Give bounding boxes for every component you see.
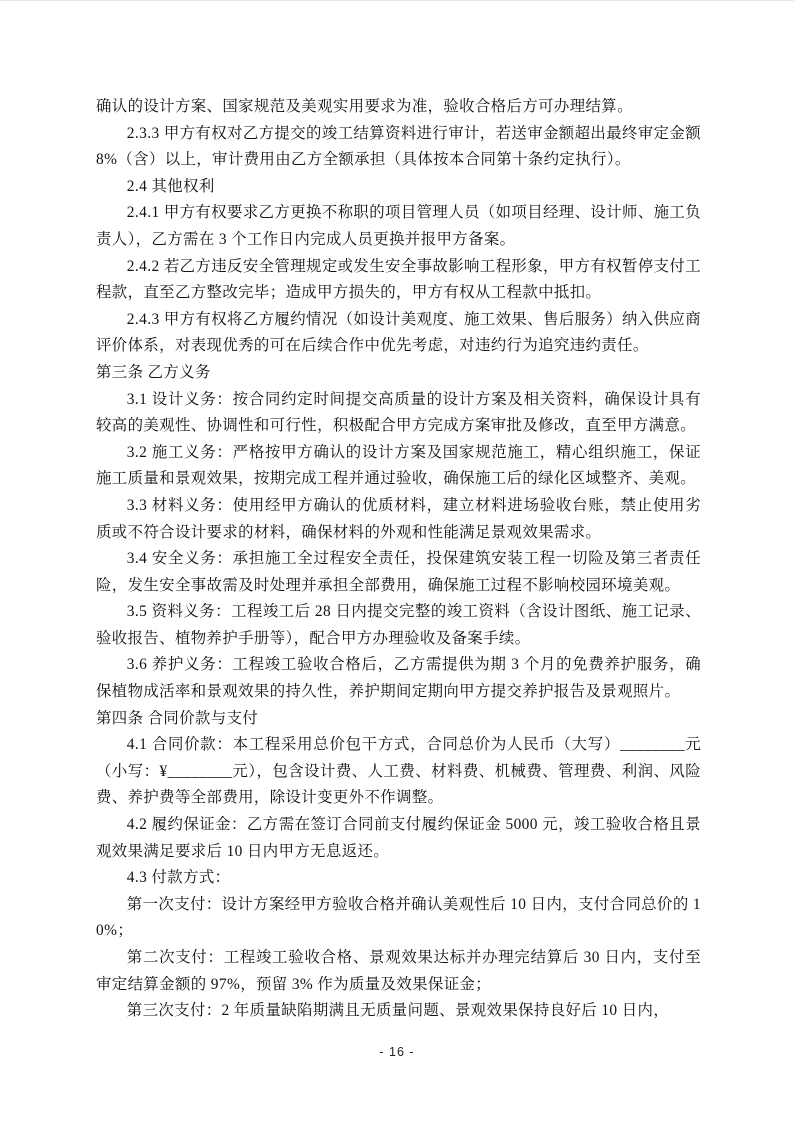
clause-2-4-1: 2.4.1 甲方有权要求乙方更换不称职的项目管理人员（如项目经理、设计师、施工负… [96, 200, 701, 253]
clause-3-3: 3.3 材料义务：使用经甲方确认的优质材料，建立材料进场验收台账，禁止使用劣质或… [96, 493, 701, 546]
clause-4-3: 4.3 付款方式： [96, 865, 701, 892]
section-heading-article-3: 第三条 乙方义务 [96, 360, 701, 387]
document-body: 确认的设计方案、国家规范及美观实用要求为准，验收合格后方可办理结算。 2.3.3… [96, 94, 701, 1025]
clause-3-2: 3.2 施工义务：严格按甲方确认的设计方案及国家规范施工，精心组织施工，保证施工… [96, 440, 701, 493]
clause-3-6: 3.6 养护义务：工程竣工验收合格后，乙方需提供为期 3 个月的免费养护服务，确… [96, 652, 701, 705]
clause-2-4-2: 2.4.2 若乙方违反安全管理规定或发生安全事故影响工程形象，甲方有权暂停支付工… [96, 254, 701, 307]
page-number: - 16 - [0, 1039, 794, 1066]
payment-first: 第一次支付：设计方案经甲方验收合格并确认美观性后 10 日内，支付合同总价的 1… [96, 892, 701, 945]
clause-3-4: 3.4 安全义务：承担施工全过程安全责任，投保建筑安装工程一切险及第三者责任险，… [96, 546, 701, 599]
payment-second: 第二次支付：工程竣工验收合格、景观效果达标并办理完结算后 30 日内，支付至审定… [96, 945, 701, 998]
clause-2-4-3: 2.4.3 甲方有权将乙方履约情况（如设计美观度、施工效果、售后服务）纳入供应商… [96, 307, 701, 360]
clause-4-1: 4.1 合同价款：本工程采用总价包干方式，合同总价为人民币（大写）_______… [96, 732, 701, 812]
payment-third: 第三次支付：2 年质量缺陷期满且无质量问题、景观效果保持良好后 10 日内， [96, 998, 701, 1025]
clause-2-3-3: 2.3.3 甲方有权对乙方提交的竣工结算资料进行审计，若送审金额超出最终审定金额… [96, 121, 701, 174]
contract-page: 确认的设计方案、国家规范及美观实用要求为准，验收合格后方可办理结算。 2.3.3… [0, 0, 794, 1122]
clause-3-1: 3.1 设计义务：按合同约定时间提交高质量的设计方案及相关资料，确保设计具有较高… [96, 387, 701, 440]
clause-2-4: 2.4 其他权利 [96, 174, 701, 201]
section-heading-article-4: 第四条 合同价款与支付 [96, 706, 701, 733]
clause-4-2: 4.2 履约保证金：乙方需在签订合同前支付履约保证金 5000 元，竣工验收合格… [96, 812, 701, 865]
paragraph-continuation: 确认的设计方案、国家规范及美观实用要求为准，验收合格后方可办理结算。 [96, 94, 701, 121]
clause-3-5: 3.5 资料义务：工程竣工后 28 日内提交完整的竣工资料（含设计图纸、施工记录… [96, 599, 701, 652]
